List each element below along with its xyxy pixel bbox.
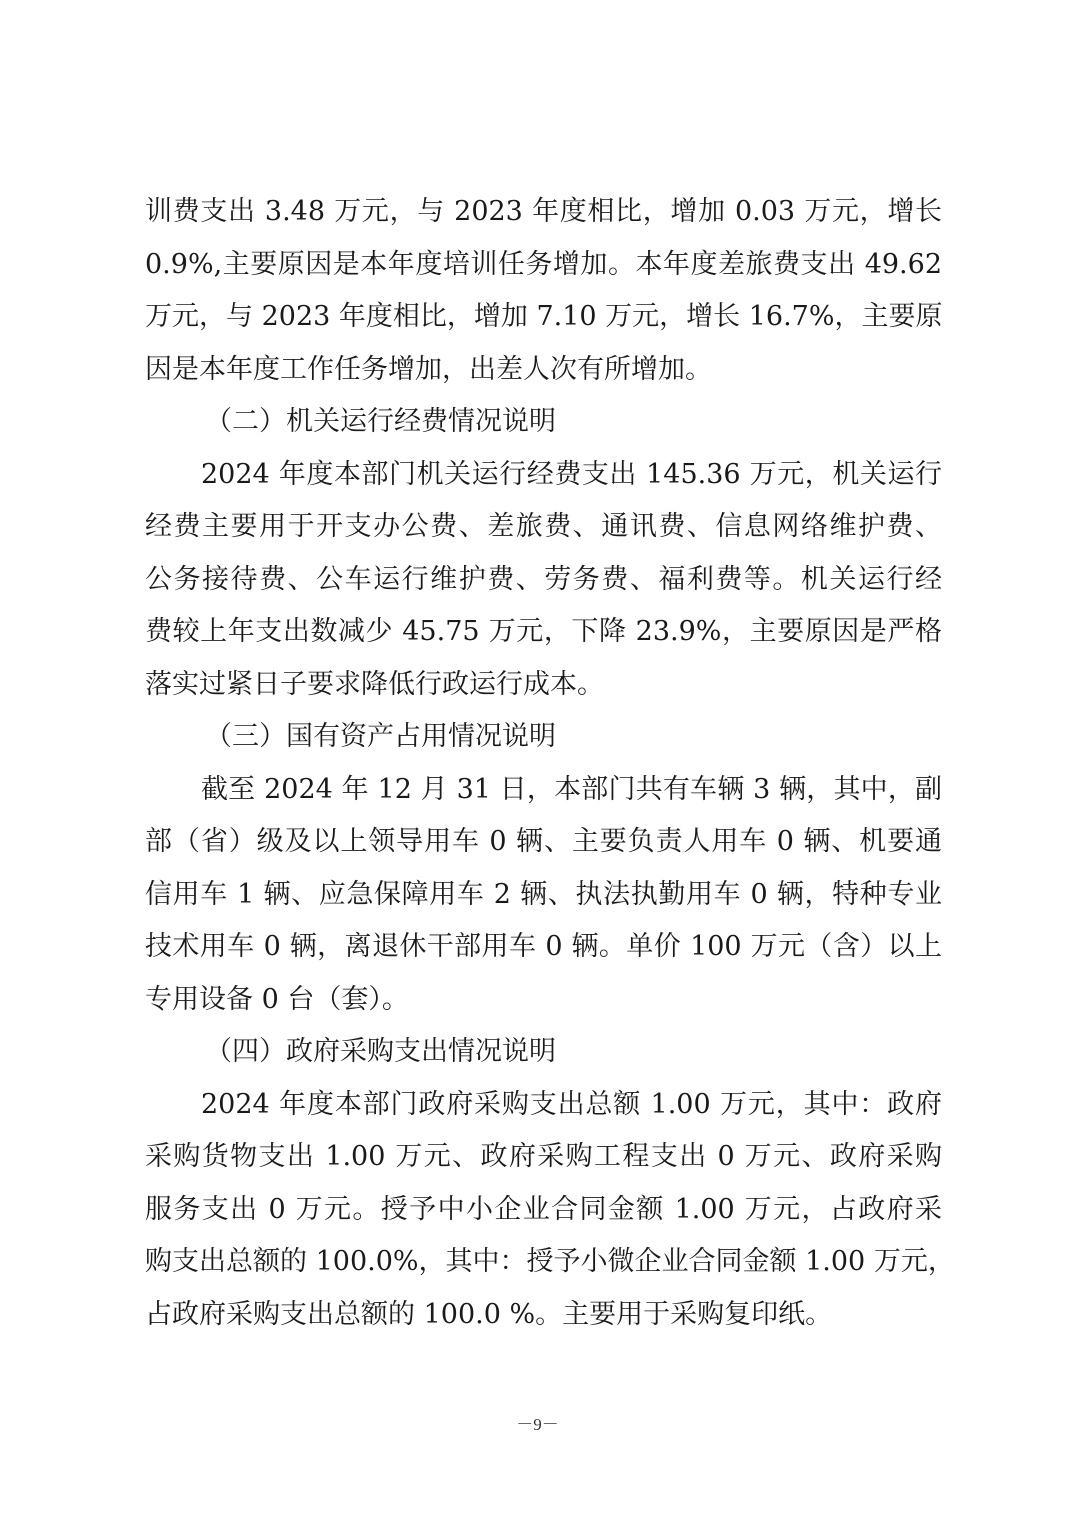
section-heading-state-assets: （三）国有资产占用情况说明 (145, 711, 942, 764)
paragraph-line: 因是本年度工作任务增加，出差人次有所增加。 (145, 344, 942, 397)
paragraph-line: 2024 年度本部门政府采购支出总额 1.00 万元，其中：政府 (145, 1079, 942, 1132)
paragraph-line: 部（省）级及以上领导用车 0 辆、主要负责人用车 0 辆、机要通 (145, 816, 942, 869)
section-heading-operating-expenses: （二）机关运行经费情况说明 (145, 396, 942, 449)
paragraph-line: 购支出总额的 100.0%，其中：授予小微企业合同金额 1.00 万元， (145, 1236, 942, 1289)
paragraph-line: 训费支出 3.48 万元，与 2023 年度相比，增加 0.03 万元，增长 (145, 186, 942, 239)
paragraph-line: 技术用车 0 辆，离退休干部用车 0 辆。单价 100 万元（含）以上 (145, 921, 942, 974)
paragraph-line: 专用设备 0 台（套）。 (145, 974, 942, 1027)
paragraph-line: 落实过紧日子要求降低行政运行成本。 (145, 659, 942, 712)
paragraph-line: 2024 年度本部门机关运行经费支出 145.36 万元，机关运行 (145, 449, 942, 502)
paragraph-line: 费较上年支出数减少 45.75 万元，下降 23.9%，主要原因是严格 (145, 606, 942, 659)
page-number: －9－ (0, 1410, 1075, 1435)
paragraph-line: 0.9%,主要原因是本年度培训任务增加。本年度差旅费支出 49.62 (145, 239, 942, 292)
paragraph-line: 截至 2024 年 12 月 31 日，本部门共有车辆 3 辆，其中，副 (145, 764, 942, 817)
paragraph-line: 占政府采购支出总额的 100.0 %。主要用于采购复印纸。 (145, 1289, 942, 1342)
section-heading-procurement: （四）政府采购支出情况说明 (145, 1026, 942, 1079)
paragraph-line: 服务支出 0 万元。授予中小企业合同金额 1.00 万元，占政府采 (145, 1184, 942, 1237)
paragraph-line: 万元，与 2023 年度相比，增加 7.10 万元，增长 16.7%，主要原 (145, 291, 942, 344)
document-page: 训费支出 3.48 万元，与 2023 年度相比，增加 0.03 万元，增长 0… (145, 186, 942, 1341)
paragraph-line: 信用车 1 辆、应急保障用车 2 辆、执法执勤用车 0 辆，特种专业 (145, 869, 942, 922)
paragraph-line: 公务接待费、公车运行维护费、劳务费、福利费等。机关运行经 (145, 554, 942, 607)
paragraph-line: 采购货物支出 1.00 万元、政府采购工程支出 0 万元、政府采购 (145, 1131, 942, 1184)
paragraph-line: 经费主要用于开支办公费、差旅费、通讯费、信息网络维护费、 (145, 501, 942, 554)
